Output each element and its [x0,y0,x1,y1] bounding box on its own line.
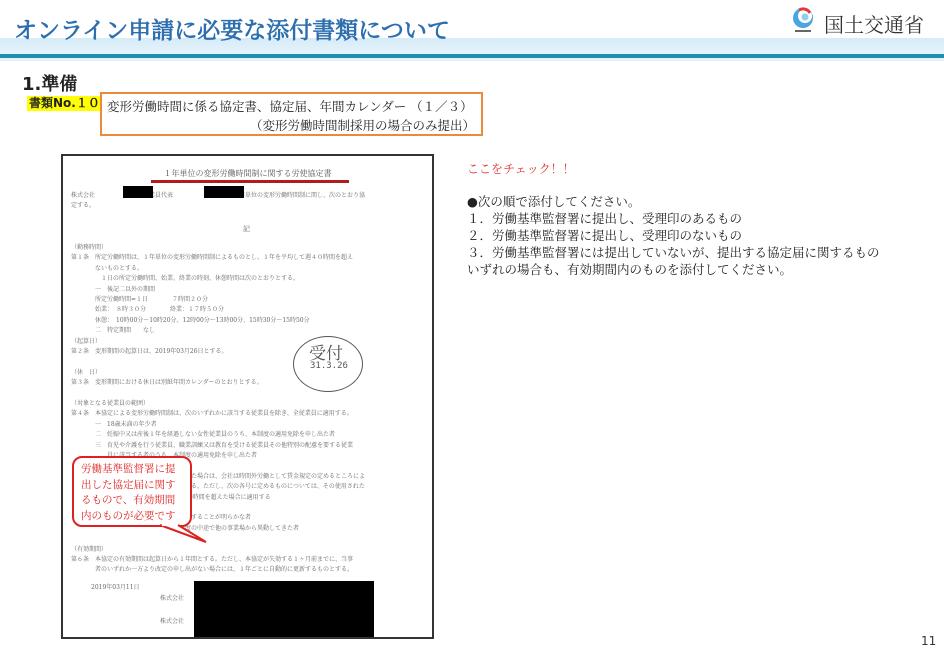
scan-line: 第１条 所定労働時間は、１年単位の変形労働時間制によるものとし、１年を平均して週… [71,252,353,261]
scan-signer-2: 株式会社 [160,616,184,625]
doc-title-box: 変形労働時間に係る協定書、協定届、年間カレンダー （１／３） （変形労働時間制採… [100,92,483,136]
scan-line: 始業： ８時３０分 終業：１７時５０分 [71,304,224,313]
scan-line: 一 後記二以外の期間 [71,284,155,293]
scan-title-underline [151,180,349,183]
org-name: 国土交通省 [824,9,924,38]
receipt-stamp: 受付 31.3.26 [293,336,363,392]
scan-line: 休憩： 10時00分〜10時20分、12時00分〜13時00分、15時30分〜1… [71,315,310,324]
scan-line: 第４条 本協定による変形労働時間制は、次のいずれかに該当する従業員を除き、全従業… [71,408,353,417]
page-number: 11 [921,634,936,648]
scan-line: 第６条 本協定の有効期間は起算日から１年間とする。ただし、本協定が失効する１ヶ月… [71,554,353,563]
redaction [194,581,374,639]
scan-date: 2019年03月11日 [91,582,140,591]
scan-line: １日の所定労働時間、始業、終業の時刻、休憩時間は次のとおりとする。 [71,273,299,282]
scan-line: 所定労働時間=１日 ７時間２０分 [71,294,208,303]
scan-intro-2: 定する。 [71,200,95,209]
instruction-line: ●次の順で添付してください。 [467,193,880,210]
page-title: オンライン申請に必要な添付書類について [14,12,450,45]
scanned-agreement-image: １年単位の変形労働時間制に関する労使協定書 株式会社 と 従業員代表 とは、１年… [61,154,434,639]
instruction-line: ２．労働基準監督署に提出し、受理印のないもの [467,227,880,244]
instruction-line: １．労働基準監督署に提出し、受理印のあるもの [467,210,880,227]
instruction-line: いずれの場合も、有効期間内のものを添付してください。 [467,261,880,278]
scan-line: 者のいずれか一方より改定の申し出がない場合には、１年ごとに自動的に更新するものと… [71,564,353,573]
redaction [123,186,153,198]
section-heading: 1.準備 [22,70,77,96]
scan-line: （勤務時間） [71,242,107,251]
callout-note: 労働基準監督署に提出した協定届に関するもので、有効期間内のものが必要です [72,456,192,527]
doc-note: （変形労働時間制採用の場合のみ提出） [250,116,475,134]
check-heading: ここをチェック！！ [467,160,575,177]
scan-line: （起算日） [71,336,101,345]
callout-tail [160,524,210,546]
scan-line: 第２条 変形期間の起算日は、2019年03月26日とする。 [71,346,228,355]
scan-title: １年単位の変形労働時間制に関する労使協定書 [63,168,432,179]
scan-line: 二 妊娠中又は産後１年を経過しない女性従業員のうち、本制度の適用免除を申し出た者 [71,429,335,438]
scan-line: （休 日） [71,367,101,376]
scan-line: （有効期間） [71,544,107,553]
instructions: ●次の順で添付してください。 １．労働基準監督署に提出し、受理印のあるもの ２．… [467,193,880,278]
mlit-logo-icon [790,6,816,34]
doc-title: 変形労働時間に係る協定書、協定届、年間カレンダー （１／３） [107,97,473,115]
header-divider-light [0,58,944,61]
instruction-line: ３．労働基準監督署には提出していないが、提出する協定届に関するもの [467,244,880,261]
redaction [204,186,244,198]
scan-line: （対象となる従業員の範囲） [71,398,149,407]
scan-line: 第３条 変形期間における休日は別紙年間カレンダーのとおりとする。 [71,377,263,386]
scan-ki: 記 [243,224,250,234]
scan-line: ないものとする。 [71,263,143,272]
scan-line: 二 特定期間 なし [71,325,155,334]
scan-line: 一 18歳未満の年少者 [71,419,157,428]
scan-line: 三 育児や介護を行う従業員、職業訓練又は教育を受ける従業員その他特別の配慮を要す… [71,440,353,449]
doc-number-badge: 書類No.１０ [27,96,102,111]
scan-signer-1: 株式会社 [160,593,184,602]
